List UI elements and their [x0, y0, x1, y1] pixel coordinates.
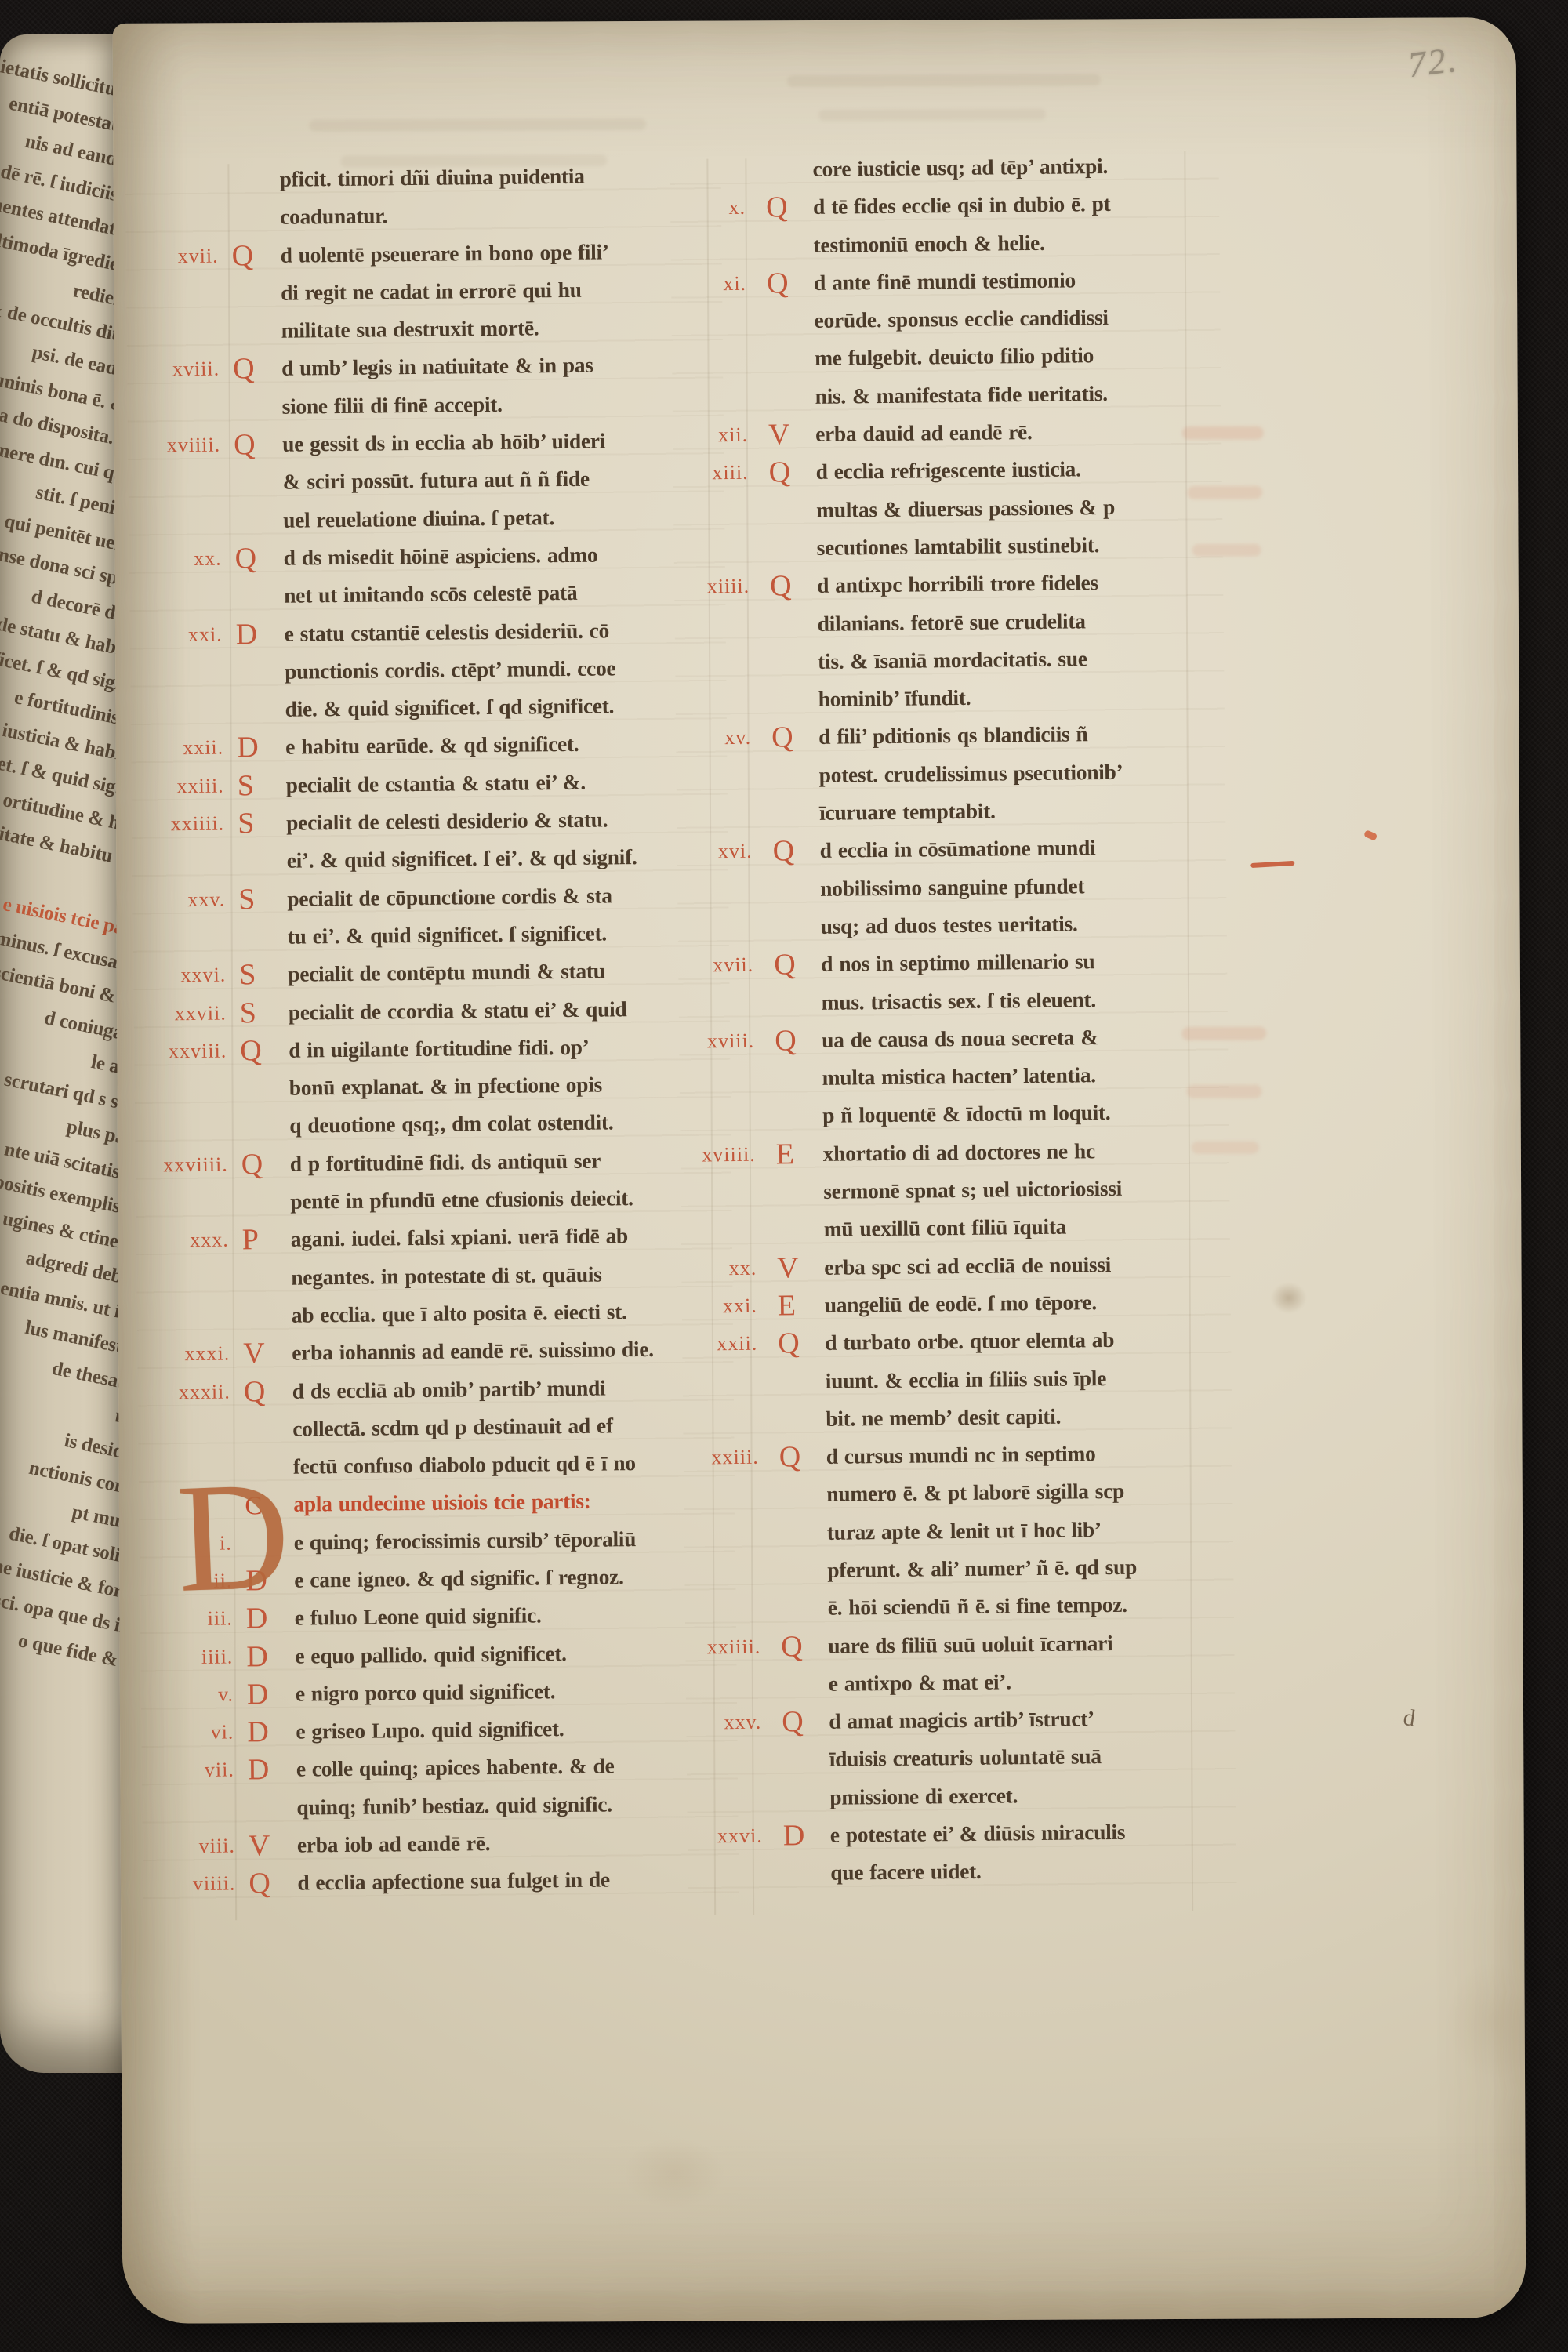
entry-text: quinq; funib’ bestiaz. quid signific. — [296, 1785, 612, 1827]
entry-text: hominib’ īfundit. — [818, 679, 971, 718]
entry-initial: Q — [774, 946, 818, 984]
entry-initial: V — [777, 1248, 822, 1287]
entry-text: uel reuelatione diuina. ſ petat. — [283, 499, 554, 539]
chapter-numeral: xxi. — [682, 1287, 758, 1326]
chapter-numeral: xi. — [671, 265, 747, 303]
entry-line: xx.Qd ds misedit hōinē aspiciens. admo — [129, 535, 724, 579]
entry-text: ab ecclia. que ī alto posita ē. eiecti s… — [292, 1293, 627, 1334]
chapter-numeral: xxv. — [132, 880, 225, 920]
entry-text: uare ds filiū suū uoluit īcarnari — [828, 1624, 1113, 1665]
entry-text: e potestate ei’ & diūsis miraculis — [830, 1813, 1126, 1854]
entry-text: nobilissimo sanguine pfundet — [820, 867, 1084, 908]
entry-text: q deuotione qsq;, dm colat ostendit. — [289, 1104, 614, 1145]
chapter-numeral: vi. — [141, 1714, 234, 1753]
entry-text: tu ei’. & quid significet. ſ significet. — [287, 914, 607, 956]
entry-line: xii.Verba dauid ad eandē rē. — [673, 412, 1221, 456]
entry-initial: E — [775, 1135, 820, 1174]
entry-text: pecialit de contēptu mundi & statu — [288, 953, 605, 994]
continuation-line: usq; ad duos testes ueritatis. — [677, 903, 1226, 947]
entry-line: xiii.Qd ecclia refrigescente iusticia. — [673, 449, 1221, 493]
entry-line: xv.Qd fili’ pditionis qs blandiciis ñ — [676, 714, 1225, 758]
entry-text: d in uigilante fortitudine fidi. op’ — [289, 1029, 590, 1069]
continuation-line: īduisis creaturis uoluntatē suā — [687, 1737, 1236, 1780]
continuation-line: & sciri possūt. futura aut ñ ñ fide — [128, 459, 724, 503]
entry-text: e statu cstantiē celestis desideriū. cō — [284, 612, 609, 653]
entry-initial: D — [247, 1675, 293, 1714]
continuation-line: coadunatur. — [125, 194, 721, 238]
chapter-numeral: x. — [670, 189, 746, 227]
chapter-numeral: xxxii. — [138, 1373, 230, 1412]
continuation-line: die. & quid significet. ſ qd significet. — [130, 686, 726, 730]
entry-initial: Q — [241, 1145, 288, 1183]
continuation-line: testimoniū enoch & helie. — [670, 222, 1219, 266]
entry-line: xxviiii.Qd p fortitudinē fidi. ds antiqu… — [136, 1141, 731, 1185]
entry-text: multas & diuersas passiones & p — [816, 488, 1115, 529]
chapter-numeral: viii. — [143, 1828, 235, 1867]
chapter-numeral: xxiiii. — [685, 1628, 761, 1666]
continuation-line: potest. crudelissimus psecutionib’ — [676, 752, 1225, 796]
entry-initial: Q — [766, 188, 811, 227]
entry-text: p ñ loquentē & īdoctū m loquit. — [822, 1094, 1111, 1134]
entry-line: iiii.De equo pallido. quid significet. — [140, 1632, 736, 1676]
chapter-numeral: xx. — [681, 1249, 757, 1287]
continuation-line: eorūde. sponsus ecclie candidissi — [671, 298, 1220, 342]
chapter-numeral: xxiii. — [684, 1439, 760, 1477]
entry-text: d uolentē pseuerare in bono ope fili’ — [280, 233, 609, 274]
entry-text: d umb’ legis in natiuitate & in pas — [281, 347, 593, 387]
entry-text: pecialit de celesti desiderio & statu. — [286, 800, 608, 842]
entry-initial: V — [243, 1334, 289, 1373]
entry-line: vii.De colle quinq; apices habente. & de — [142, 1746, 738, 1790]
entry-text: dilanians. fetorē sue crudelita — [817, 602, 1085, 643]
folio-number: 72. — [1406, 38, 1461, 86]
chapter-numeral: xxiii. — [131, 767, 223, 806]
entry-text: bit. ne memb’ desit capiti. — [826, 1397, 1061, 1437]
entry-text: pentē in pfundū etne cfusionis deiecit. — [290, 1179, 633, 1221]
rubric-text: apla undecime uisiois tcie partis: — [293, 1483, 591, 1523]
stray-ink-mark: d — [1402, 1704, 1417, 1733]
entry-initial: S — [239, 993, 285, 1032]
entry-text: erba iohannis ad eandē rē. suissimo die. — [292, 1330, 654, 1372]
chapter-numeral: xx. — [129, 540, 221, 579]
stain — [1446, 1962, 1541, 2080]
entry-text: d p fortitudinē fidi. ds antiquū ser — [290, 1142, 601, 1182]
entry-text: īcuruare temptabit. — [819, 793, 996, 833]
continuation-line: negantes. in potestate di st. quāuis — [136, 1254, 732, 1298]
entry-initial: D — [248, 1751, 294, 1789]
continuation-line: multa mistica hacten’ latentia. — [679, 1055, 1228, 1099]
entry-initial: E — [777, 1287, 822, 1325]
entry-text: d ds eccliā ab omib’ partib’ mundi — [292, 1369, 606, 1410]
entry-line: xxiiii.Quare ds filiū suū uoluit īcarnar… — [685, 1623, 1234, 1667]
chapter-numeral: xxviiii. — [136, 1145, 228, 1185]
entry-initial: Q — [234, 426, 280, 464]
continuation-line: multas & diuersas passiones & p — [673, 487, 1222, 531]
entry-text: pecialit de ccordia & statu ei’ & quid — [288, 990, 626, 1032]
continuation-line: nis. & manifestata fide ueritatis. — [672, 373, 1221, 417]
entry-line: xxv.Specialit de cōpunctione cordis & st… — [132, 875, 728, 919]
entry-text: bonū explanat. & in pfectione opis — [289, 1066, 603, 1107]
entry-line: xiiii.Qd antixpc horribili trore fideles — [674, 563, 1223, 607]
entry-text: e fuluo Leone quid signific. — [295, 1597, 542, 1638]
entry-line: xviii.Qua de causa ds noua secreta & — [679, 1017, 1228, 1061]
chapter-numeral: xviii. — [679, 1022, 755, 1061]
entry-initial: Q — [768, 453, 813, 492]
chapter-numeral: xxii. — [131, 729, 223, 768]
chapter-numeral: vii. — [142, 1751, 234, 1791]
continuation-line: īcuruare temptabit. — [677, 789, 1225, 833]
chapter-numeral: xxviii. — [134, 1032, 227, 1071]
entry-initial: Q — [775, 1022, 819, 1060]
continuation-line: iuunt. & ecclia in filiis suis īple — [683, 1358, 1232, 1402]
entry-text: xhortatio di ad doctores ne hc — [822, 1132, 1095, 1173]
chapter-numeral: xxxi. — [137, 1335, 230, 1374]
manuscript-photo: { "page": { "folio_number": "72." }, "pa… — [0, 0, 1568, 2352]
continuation-line: e antixpo & mat ei’. — [686, 1661, 1235, 1704]
entry-text: pecialit de cstantia & statu ei’ &. — [285, 763, 586, 804]
entry-line: xxii.Qd turbato orbe. qtuor elemta ab — [682, 1320, 1231, 1364]
continuation-line: ab ecclia. que ī alto posita ē. eiecti s… — [137, 1292, 733, 1336]
entry-initial: Q — [781, 1627, 826, 1665]
entry-text: pferunt. & ali’ numer’ ñ ē. qd sup — [827, 1548, 1137, 1589]
entry-line: vi.De griseo Lupo. quid significet. — [141, 1708, 737, 1752]
stain — [1271, 1282, 1307, 1313]
entry-line: xviiii.Que gessit ds in ecclia ab hōib’ … — [128, 421, 724, 465]
entry-text: di regit ne cadat in errorē qui hu — [281, 271, 582, 312]
entry-text: d fili’ pditionis qs blandiciis ñ — [818, 716, 1088, 757]
entry-line: xvii.Qd nos in septimo millenario su — [678, 942, 1227, 985]
entry-text: fectū confuso diabolo pducit qd ē ī no — [293, 1444, 636, 1486]
entry-line: xxviii.Qd in uigilante fortitudine fidi.… — [134, 1027, 730, 1071]
continuation-line: di regit ne cadat in errorē qui hu — [126, 270, 722, 314]
chapter-numeral: xiiii. — [674, 568, 750, 606]
entry-text: negantes. in potestate di st. quāuis — [291, 1255, 602, 1296]
chapter-numeral: iiii. — [140, 1638, 233, 1677]
continuation-line: mū uexillū cont filiū īquita — [681, 1207, 1229, 1250]
entry-text: eorūde. sponsus ecclie candidissi — [814, 299, 1109, 339]
entry-initial: Q — [233, 350, 279, 388]
entry-text: sermonē spnat s; uel uictoriosissi — [823, 1170, 1122, 1210]
entry-text: d ecclia apfectione sua fulget in de — [297, 1861, 610, 1902]
entry-initial: Q — [244, 1372, 290, 1410]
continuation-line: mus. trisactis sex. ſ tis eleuent. — [678, 979, 1227, 1023]
entry-text: pmissione di exercet. — [829, 1777, 1018, 1817]
entry-initial: D — [235, 615, 281, 653]
entry-text: d ecclia refrigescente iusticia. — [815, 451, 1081, 492]
continuation-line: collectā. scdm qd p destinauit ad ef — [138, 1406, 734, 1450]
entry-text: e cane igneo. & qd signific. ſ regnoz. — [294, 1558, 624, 1599]
entry-initial: Q — [771, 718, 816, 757]
entry-text: collectā. scdm qd p destinauit ad ef — [292, 1406, 613, 1448]
folio-page: 72. pficit. timori dñi diuina puidentiac… — [113, 17, 1526, 2324]
continuation-line: turaz apte & lenit ut ī hoc lib’ — [684, 1509, 1233, 1553]
chapter-numeral: v. — [141, 1675, 234, 1715]
entry-text: militate sua destruxit mortē. — [281, 310, 539, 350]
entry-initial: Q — [770, 567, 815, 605]
entry-text: ue gessit ds in ecclia ab hōib’ uideri — [282, 423, 605, 464]
bleedthrough-ghost — [787, 74, 1101, 87]
entry-text: mū uexillū cont filiū īquita — [823, 1208, 1066, 1249]
entry-text: & sciri possūt. futura aut ñ ñ fide — [282, 460, 590, 501]
entry-text: erba iob ad eandē rē. — [297, 1824, 491, 1864]
entry-line: xx.Verba spc sci ad eccliā de nouissi — [681, 1244, 1230, 1288]
entry-line: viiii.Qd ecclia apfectione sua fulget in… — [143, 1860, 739, 1904]
entry-text: d nos in septimo millenario su — [821, 942, 1095, 983]
entry-text: d ante finē mundi testimonio — [814, 261, 1076, 302]
left-column: pficit. timori dñi diuina puidentiacoadu… — [125, 156, 739, 1906]
entry-text: e equo pallido. quid significet. — [295, 1635, 567, 1675]
entry-text: coadunatur. — [280, 198, 388, 237]
entry-line: xxiii.Qd cursus mundi nc in septimo — [684, 1433, 1232, 1477]
continuation-line: tu ei’. & quid significet. ſ significet. — [132, 913, 728, 957]
entry-text: potest. crudelissimus psecutionib’ — [818, 753, 1123, 794]
red-pen-tick — [1363, 829, 1377, 841]
entry-text: d cursus mundi nc in septimo — [826, 1435, 1096, 1475]
entry-text: punctionis cordis. ctēpt’ mundi. ccoe — [285, 649, 616, 691]
entry-text: multa mistica hacten’ latentia. — [822, 1056, 1096, 1097]
bleedthrough-ghost — [309, 118, 646, 132]
chapter-numeral: xiii. — [673, 454, 749, 492]
entry-text: iuunt. & ecclia in filiis suis īple — [826, 1359, 1107, 1400]
entry-text: tis. & īsaniā mordacitatis. sue — [818, 640, 1087, 681]
stain — [623, 2138, 725, 2209]
continuation-line: p ñ loquentē & īdoctū m loquit. — [680, 1093, 1229, 1137]
chapter-numeral: xvi. — [677, 833, 753, 871]
entry-text: erba spc sci ad eccliā de nouissi — [824, 1246, 1111, 1287]
entry-initial: S — [237, 767, 283, 805]
entry-initial: Q — [231, 236, 278, 274]
chapter-numeral: xvii. — [125, 237, 218, 276]
entry-initial: Q — [234, 539, 281, 578]
entry-line: xviiii.Exhortatio di ad doctores ne hc — [680, 1131, 1229, 1174]
continuation-line: secutiones lamtabilit sustinebit. — [673, 524, 1222, 568]
entry-text: d amat magicis artib’ īstruct’ — [829, 1700, 1094, 1740]
entry-initial: P — [242, 1221, 289, 1259]
entry-initial: S — [239, 956, 285, 994]
entry-initial: S — [238, 880, 285, 918]
entry-text: usq; ad duos testes ueritatis. — [820, 905, 1077, 946]
entry-initial: Q — [782, 1703, 826, 1741]
entry-text: e quinq; ferocissimis cursib’ tēporaliū — [294, 1520, 637, 1562]
continuation-line: sione filii di finē accepit. — [127, 383, 723, 427]
chapter-numeral: xxvi. — [133, 956, 226, 996]
continuation-line: pferunt. & ali’ numer’ ñ ē. qd sup — [684, 1547, 1233, 1591]
entry-text: uangeliū de eodē. ſ mo tēpore. — [824, 1283, 1097, 1324]
chapter-numeral: xviii. — [127, 350, 220, 390]
chapter-numeral: xviiii. — [680, 1135, 756, 1174]
continuation-line: ei’. & quid significet. ſ ei’. & qd sign… — [132, 837, 728, 881]
chapter-numeral: xxvii. — [134, 994, 227, 1033]
continuation-line: bonū explanat. & in pfectione opis — [135, 1065, 731, 1109]
chapter-numeral: xvii. — [678, 946, 754, 985]
chapter-numeral: xxx. — [136, 1221, 229, 1261]
entry-text: nis. & manifestata fide ueritatis. — [815, 375, 1108, 416]
entry-text: net ut imitando scōs celestē patā — [284, 574, 578, 615]
entry-initial: Q — [778, 1324, 822, 1363]
continuation-line: core iusticie usq; ad tēp’ antixpi. — [670, 146, 1218, 190]
chapter-numeral: xxii. — [682, 1325, 758, 1363]
entry-line: v.De nigro porco quid significet. — [141, 1671, 737, 1715]
large-initial-D: D — [174, 1457, 292, 1617]
entry-text: e habitu earūde. & qd significet. — [285, 725, 579, 766]
continuation-line: que facere uidet. — [688, 1850, 1236, 1894]
entry-line: xxi.De statu cstantiē celestis desideriū… — [129, 610, 725, 654]
entry-text: e nigro porco quid significet. — [296, 1672, 556, 1713]
continuation-line: punctionis cordis. ctēpt’ mundi. ccoe — [130, 648, 726, 692]
entry-text: numero ē. & pt laborē sigilla scp — [826, 1472, 1124, 1513]
entry-line: xxvi.De potestate ei’ & diūsis miraculis — [688, 1812, 1236, 1856]
entry-initial: D — [246, 1637, 292, 1675]
entry-line: xxxi.Verba iohannis ad eandē rē. suissim… — [137, 1330, 733, 1374]
entry-initial: Q — [249, 1864, 295, 1903]
entry-line: xxvi.Specialit de contēptu mundi & statu — [133, 951, 729, 995]
entry-text: d antixpc horribili trore fideles — [817, 564, 1098, 604]
entry-text: core iusticie usq; ad tēp’ antixpi. — [812, 147, 1108, 188]
continuation-line: ē. hōi sciendū ñ ē. si fine tempoz. — [685, 1585, 1234, 1629]
chapter-numeral: xii. — [673, 416, 749, 455]
continuation-line: pentē in pfundū etne cfusionis deiecit. — [136, 1178, 731, 1222]
entry-text: ei’. & quid significet. ſ ei’. & qd sign… — [286, 838, 637, 880]
entry-initial: Q — [779, 1438, 824, 1476]
entry-line: xi.Qd ante finē mundi testimonio — [671, 260, 1220, 303]
entry-initial: Q — [767, 264, 811, 303]
chapter-numeral: xviiii. — [128, 426, 220, 466]
continuation-line: hominib’ īfundit. — [675, 677, 1224, 720]
entry-text: ē. hōi sciendū ñ ē. si fine tempoz. — [828, 1586, 1127, 1627]
red-pen-dash — [1250, 861, 1294, 868]
entry-text: sione filii di finē accepit. — [281, 386, 502, 426]
entry-text: agani. iudei. falsi xpiani. uerā fidē ab — [291, 1218, 629, 1259]
entry-line: xxi.Euangeliū de eodē. ſ mo tēpore. — [682, 1282, 1231, 1326]
entry-line: xxvii.Specialit de ccordia & statu ei’ &… — [134, 989, 730, 1033]
entry-line: xxx.Pagani. iudei. falsi xpiani. uerā fi… — [136, 1216, 732, 1260]
entry-line: xxiiii.Specialit de celesti desiderio & … — [132, 800, 728, 844]
chapter-numeral: xxvi. — [688, 1817, 764, 1856]
chapter-numeral: viiii. — [143, 1865, 235, 1904]
entry-text: turaz apte & lenit ut ī hoc lib’ — [827, 1511, 1102, 1552]
entry-initial: Q — [240, 1032, 286, 1070]
entry-text: d ds misedit hōinē aspiciens. admo — [283, 536, 597, 577]
entry-initial: D — [237, 728, 283, 767]
continuation-line: uel reuelatione diuina. ſ petat. — [129, 497, 724, 541]
entry-initial: V — [249, 1827, 295, 1865]
entry-text: testimoniū enoch & helie. — [813, 223, 1044, 263]
continuation-line: pmissione di exercet. — [687, 1774, 1236, 1818]
continuation-line: pficit. timori dñi diuina puidentia — [125, 156, 720, 200]
entry-initial: Q — [772, 832, 817, 870]
continuation-line: sermonē spnat s; uel uictoriosissi — [681, 1168, 1229, 1212]
right-column: core iusticie usq; ad tēp’ antixpi.x.Qd … — [670, 146, 1236, 1895]
continuation-line: quinq; funib’ bestiaz. quid signific. — [142, 1784, 738, 1828]
entry-line: viii.Verba iob ad eandē rē. — [143, 1822, 739, 1866]
entry-line: xviii.Qd umb’ legis in natiuitate & in p… — [127, 345, 723, 389]
chapter-numeral: xxi. — [129, 615, 222, 655]
entry-text: erba dauid ad eandē rē. — [815, 413, 1033, 453]
entry-initial: S — [238, 804, 284, 843]
entry-line: xxii.De habitu earūde. & qd significet. — [131, 724, 727, 768]
continuation-line: numero ē. & pt laborē sigilla scp — [684, 1472, 1232, 1515]
entry-text: īduisis creaturis uoluntatē suā — [829, 1738, 1102, 1779]
continuation-line: bit. ne memb’ desit capiti. — [683, 1396, 1232, 1439]
entry-line: xvi.Qd ecclia in cōsūmatione mundi — [677, 828, 1225, 872]
entry-text: d ecclia in cōsūmatione mundi — [819, 829, 1095, 870]
entry-line: xvii.Qd uolentē pseuerare in bono ope fi… — [125, 231, 721, 275]
chapter-numeral: xxv. — [686, 1704, 762, 1742]
chapter-numeral: xv. — [676, 719, 752, 757]
entry-initial: D — [783, 1817, 828, 1855]
continuation-line: q deuotione qsq;, dm colat ostendit. — [135, 1102, 731, 1146]
entry-initial: V — [768, 416, 813, 454]
entry-text: me fulgebit. deuicto filio pditio — [815, 337, 1094, 378]
entry-text: que facere uidet. — [830, 1853, 982, 1892]
continuation-line: dilanians. fetorē sue crudelita — [674, 601, 1223, 644]
chapter-numeral: xxiiii. — [132, 805, 224, 844]
entry-text: d tē fides ecclie qsi in dubio ē. pt — [813, 185, 1111, 226]
continuation-line: militate sua destruxit mortē. — [126, 307, 722, 351]
entry-text: e griseo Lupo. quid significet. — [296, 1710, 564, 1751]
continuation-line: me fulgebit. deuicto filio pditio — [672, 336, 1221, 379]
entry-text: e colle quinq; apices habente. & de — [296, 1748, 615, 1789]
entry-text: pecialit de cōpunctione cordis & sta — [287, 877, 612, 918]
entry-text: pficit. timori dñi diuina puidentia — [279, 158, 584, 198]
continuation-line: net ut imitando scōs celestē patā — [129, 572, 725, 616]
entry-text: e antixpo & mat ei’. — [829, 1663, 1011, 1703]
continuation-line: nobilissimo sanguine pfundet — [677, 866, 1226, 909]
entry-text: ua de causa ds noua secreta & — [822, 1018, 1098, 1059]
entry-text: secutiones lamtabilit sustinebit. — [816, 526, 1099, 567]
entry-line: xxv.Qd amat magicis artib’ īstruct’ — [686, 1699, 1235, 1743]
entry-line: xxxii.Qd ds eccliā ab omib’ partib’ mund… — [138, 1367, 734, 1411]
bleedthrough-ghost — [818, 109, 1046, 121]
entry-line: xxiii.Specialit de cstantia & statu ei’ … — [131, 762, 727, 806]
entry-text: mus. trisactis sex. ſ tis eleuent. — [821, 981, 1096, 1022]
entry-text: die. & quid significet. ſ qd significet. — [285, 688, 614, 729]
entry-text: d turbato orbe. qtuor elemta ab — [825, 1321, 1114, 1362]
continuation-line: tis. & īsaniā mordacitatis. sue — [675, 638, 1224, 682]
entry-line: x.Qd tē fides ecclie qsi in dubio ē. pt — [670, 184, 1219, 228]
entry-initial: D — [247, 1713, 293, 1751]
